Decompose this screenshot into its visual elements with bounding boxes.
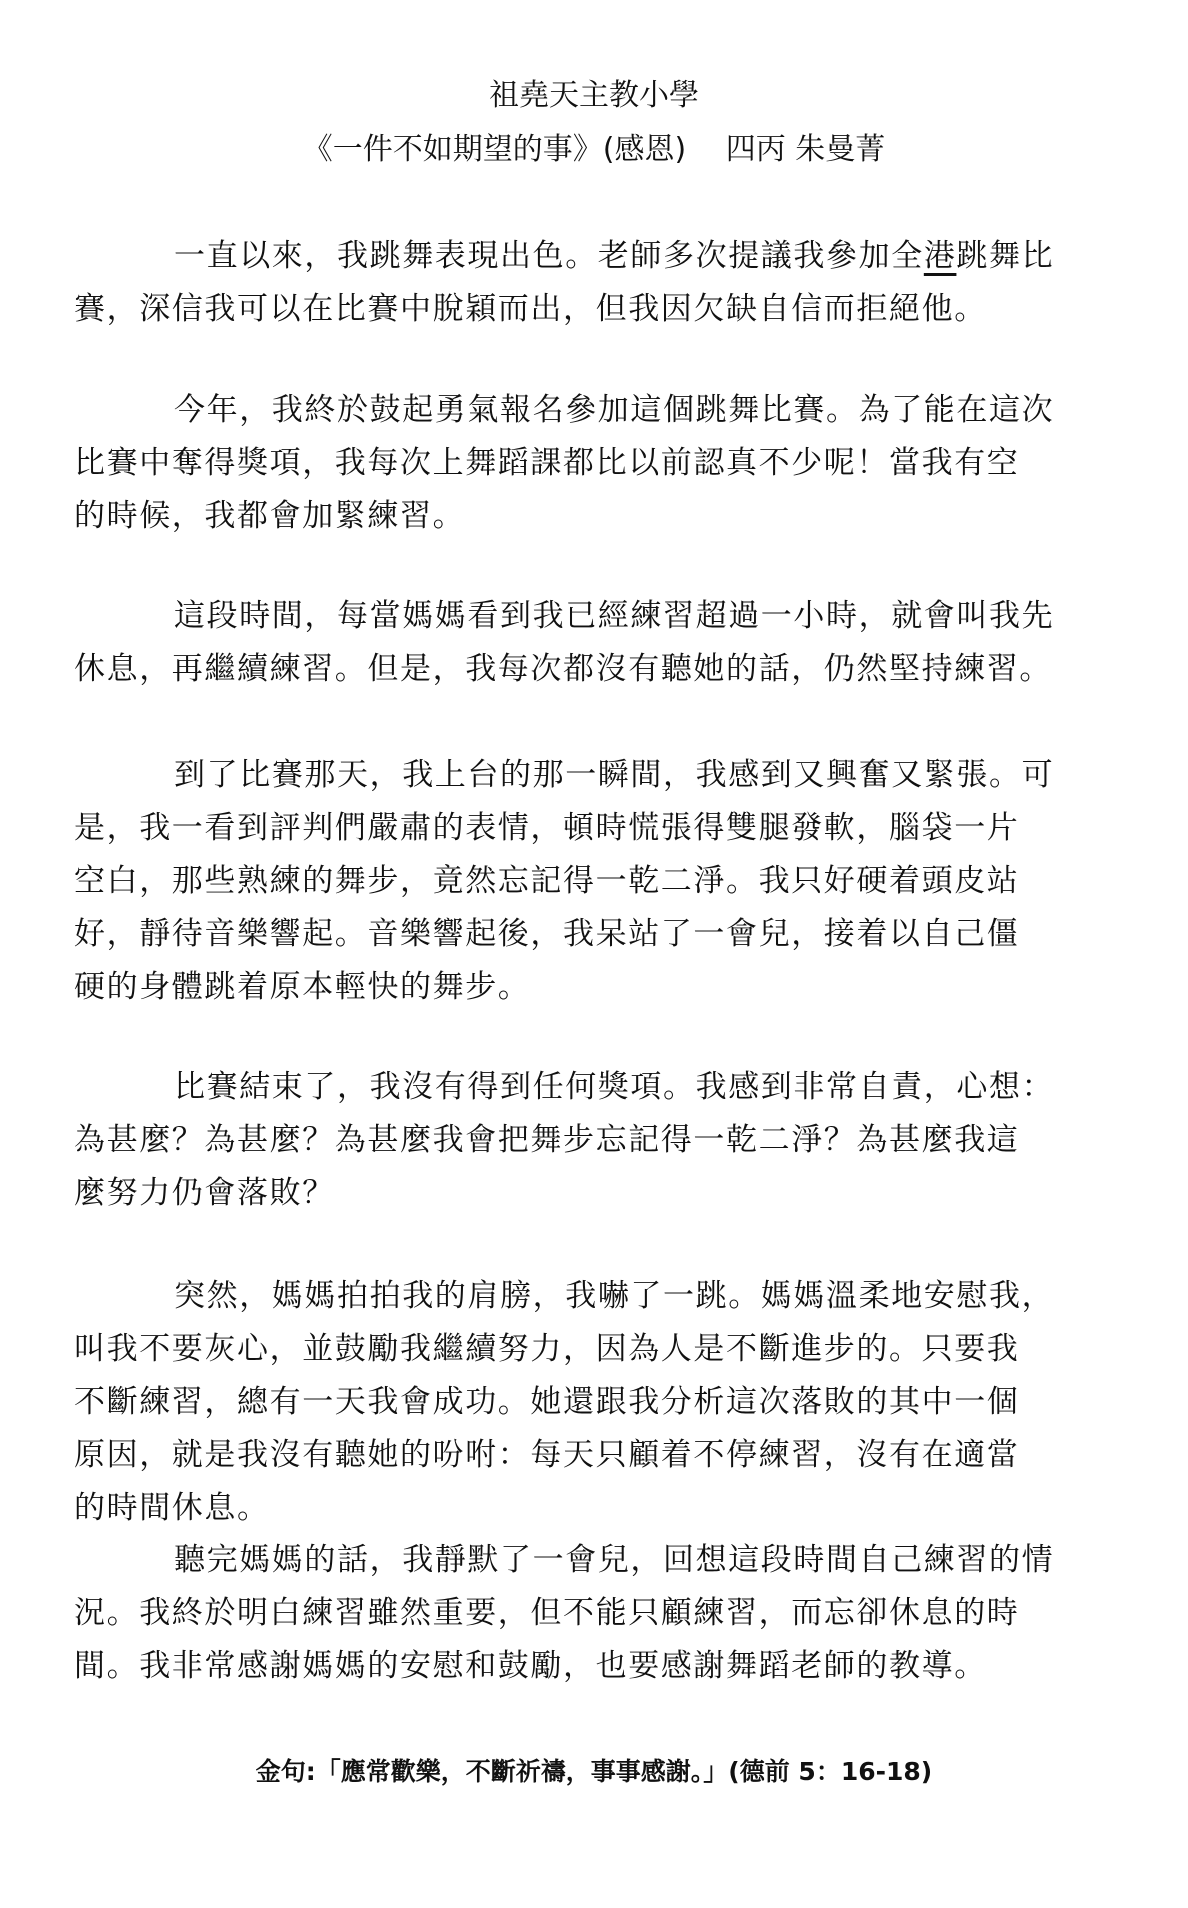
- text-line: 賽，深信我可以在比賽中脫穎而出，但我因欠缺自信而拒絕他。: [74, 283, 1126, 336]
- paragraph-7: 聽完媽媽的話，我靜默了一會兒，回想這段時間自己練習的情 況。我終於明白練習雖然重…: [74, 1534, 1126, 1693]
- text-line: 是，我一看到評判們嚴肅的表情，頓時慌張得雙腿發軟，腦袋一片: [74, 802, 1126, 855]
- text-line: 間。我非常感謝媽媽的安慰和鼓勵，也要感謝舞蹈老師的教導。: [74, 1640, 1126, 1693]
- text-line: 況。我終於明白練習雖然重要，但不能只顧練習，而忘卻休息的時: [74, 1587, 1126, 1640]
- text-line: 的時候，我都會加緊練習。: [74, 490, 1126, 543]
- text-line: 叫我不要灰心，並鼓勵我繼續努力，因為人是不斷進步的。只要我: [74, 1323, 1126, 1376]
- text-line: 的時間休息。: [74, 1482, 1126, 1535]
- paragraph-4: 到了比賽那天，我上台的那一瞬間，我感到又興奮又緊張。可 是，我一看到評判們嚴肅的…: [74, 749, 1126, 1014]
- text-line: 聽完媽媽的話，我靜默了一會兒，回想這段時間自己練習的情: [74, 1534, 1126, 1587]
- text-line: 到了比賽那天，我上台的那一瞬間，我感到又興奮又緊張。可: [74, 749, 1126, 802]
- text-line: 今年，我終於鼓起勇氣報名參加這個跳舞比賽。為了能在這次: [74, 384, 1126, 437]
- paragraph-6: 突然，媽媽拍拍我的肩膀，我嚇了一跳。媽媽溫柔地安慰我， 叫我不要灰心，並鼓勵我繼…: [74, 1270, 1126, 1535]
- essay-title-line: 《一件不如期望的事》(感恩) 四丙 朱曼菁: [0, 130, 1188, 170]
- text-line: 這段時間，每當媽媽看到我已經練習超過一小時，就會叫我先: [74, 590, 1126, 643]
- text-line: 好，靜待音樂響起。音樂響起後，我呆站了一會兒，接着以自己僵: [74, 908, 1126, 961]
- school-name: 祖堯天主教小學: [0, 76, 1188, 116]
- text-line: 硬的身體跳着原本輕快的舞步。: [74, 961, 1126, 1014]
- paragraph-5: 比賽結束了，我沒有得到任何獎項。我感到非常自責，心想： 為甚麼？為甚麼？為甚麼我…: [74, 1061, 1126, 1220]
- text-line: 比賽結束了，我沒有得到任何獎項。我感到非常自責，心想：: [74, 1061, 1126, 1114]
- text-line: 原因，就是我沒有聽她的吩咐：每天只顧着不停練習，沒有在適當: [74, 1429, 1126, 1482]
- text-line: 不斷練習，總有一天我會成功。她還跟我分析這次落敗的其中一個: [74, 1376, 1126, 1429]
- text-line: 麼努力仍會落敗？: [74, 1167, 1126, 1220]
- text-line: 比賽中奪得獎項，我每次上舞蹈課都比以前認真不少呢！當我有空: [74, 437, 1126, 490]
- underlined-word: 港: [924, 238, 957, 274]
- text-line: 為甚麼？為甚麼？為甚麼我會把舞步忘記得一乾二淨？為甚麼我這: [74, 1114, 1126, 1167]
- text-line: 空白，那些熟練的舞步，竟然忘記得一乾二淨。我只好硬着頭皮站: [74, 855, 1126, 908]
- bible-verse: 金句:「應常歡樂，不斷祈禱，事事感謝。」(德前 5：16-18): [0, 1752, 1188, 1792]
- text-line: 一直以來，我跳舞表現出色。老師多次提議我參加全港跳舞比: [74, 230, 1126, 283]
- paragraph-1: 一直以來，我跳舞表現出色。老師多次提議我參加全港跳舞比 賽，深信我可以在比賽中脫…: [74, 230, 1126, 336]
- paragraph-3: 這段時間，每當媽媽看到我已經練習超過一小時，就會叫我先 休息，再繼續練習。但是，…: [74, 590, 1126, 696]
- paragraph-2: 今年，我終於鼓起勇氣報名參加這個跳舞比賽。為了能在這次 比賽中奪得獎項，我每次上…: [74, 384, 1126, 543]
- text-line: 突然，媽媽拍拍我的肩膀，我嚇了一跳。媽媽溫柔地安慰我，: [74, 1270, 1126, 1323]
- text-line: 休息，再繼續練習。但是，我每次都沒有聽她的話，仍然堅持練習。: [74, 643, 1126, 696]
